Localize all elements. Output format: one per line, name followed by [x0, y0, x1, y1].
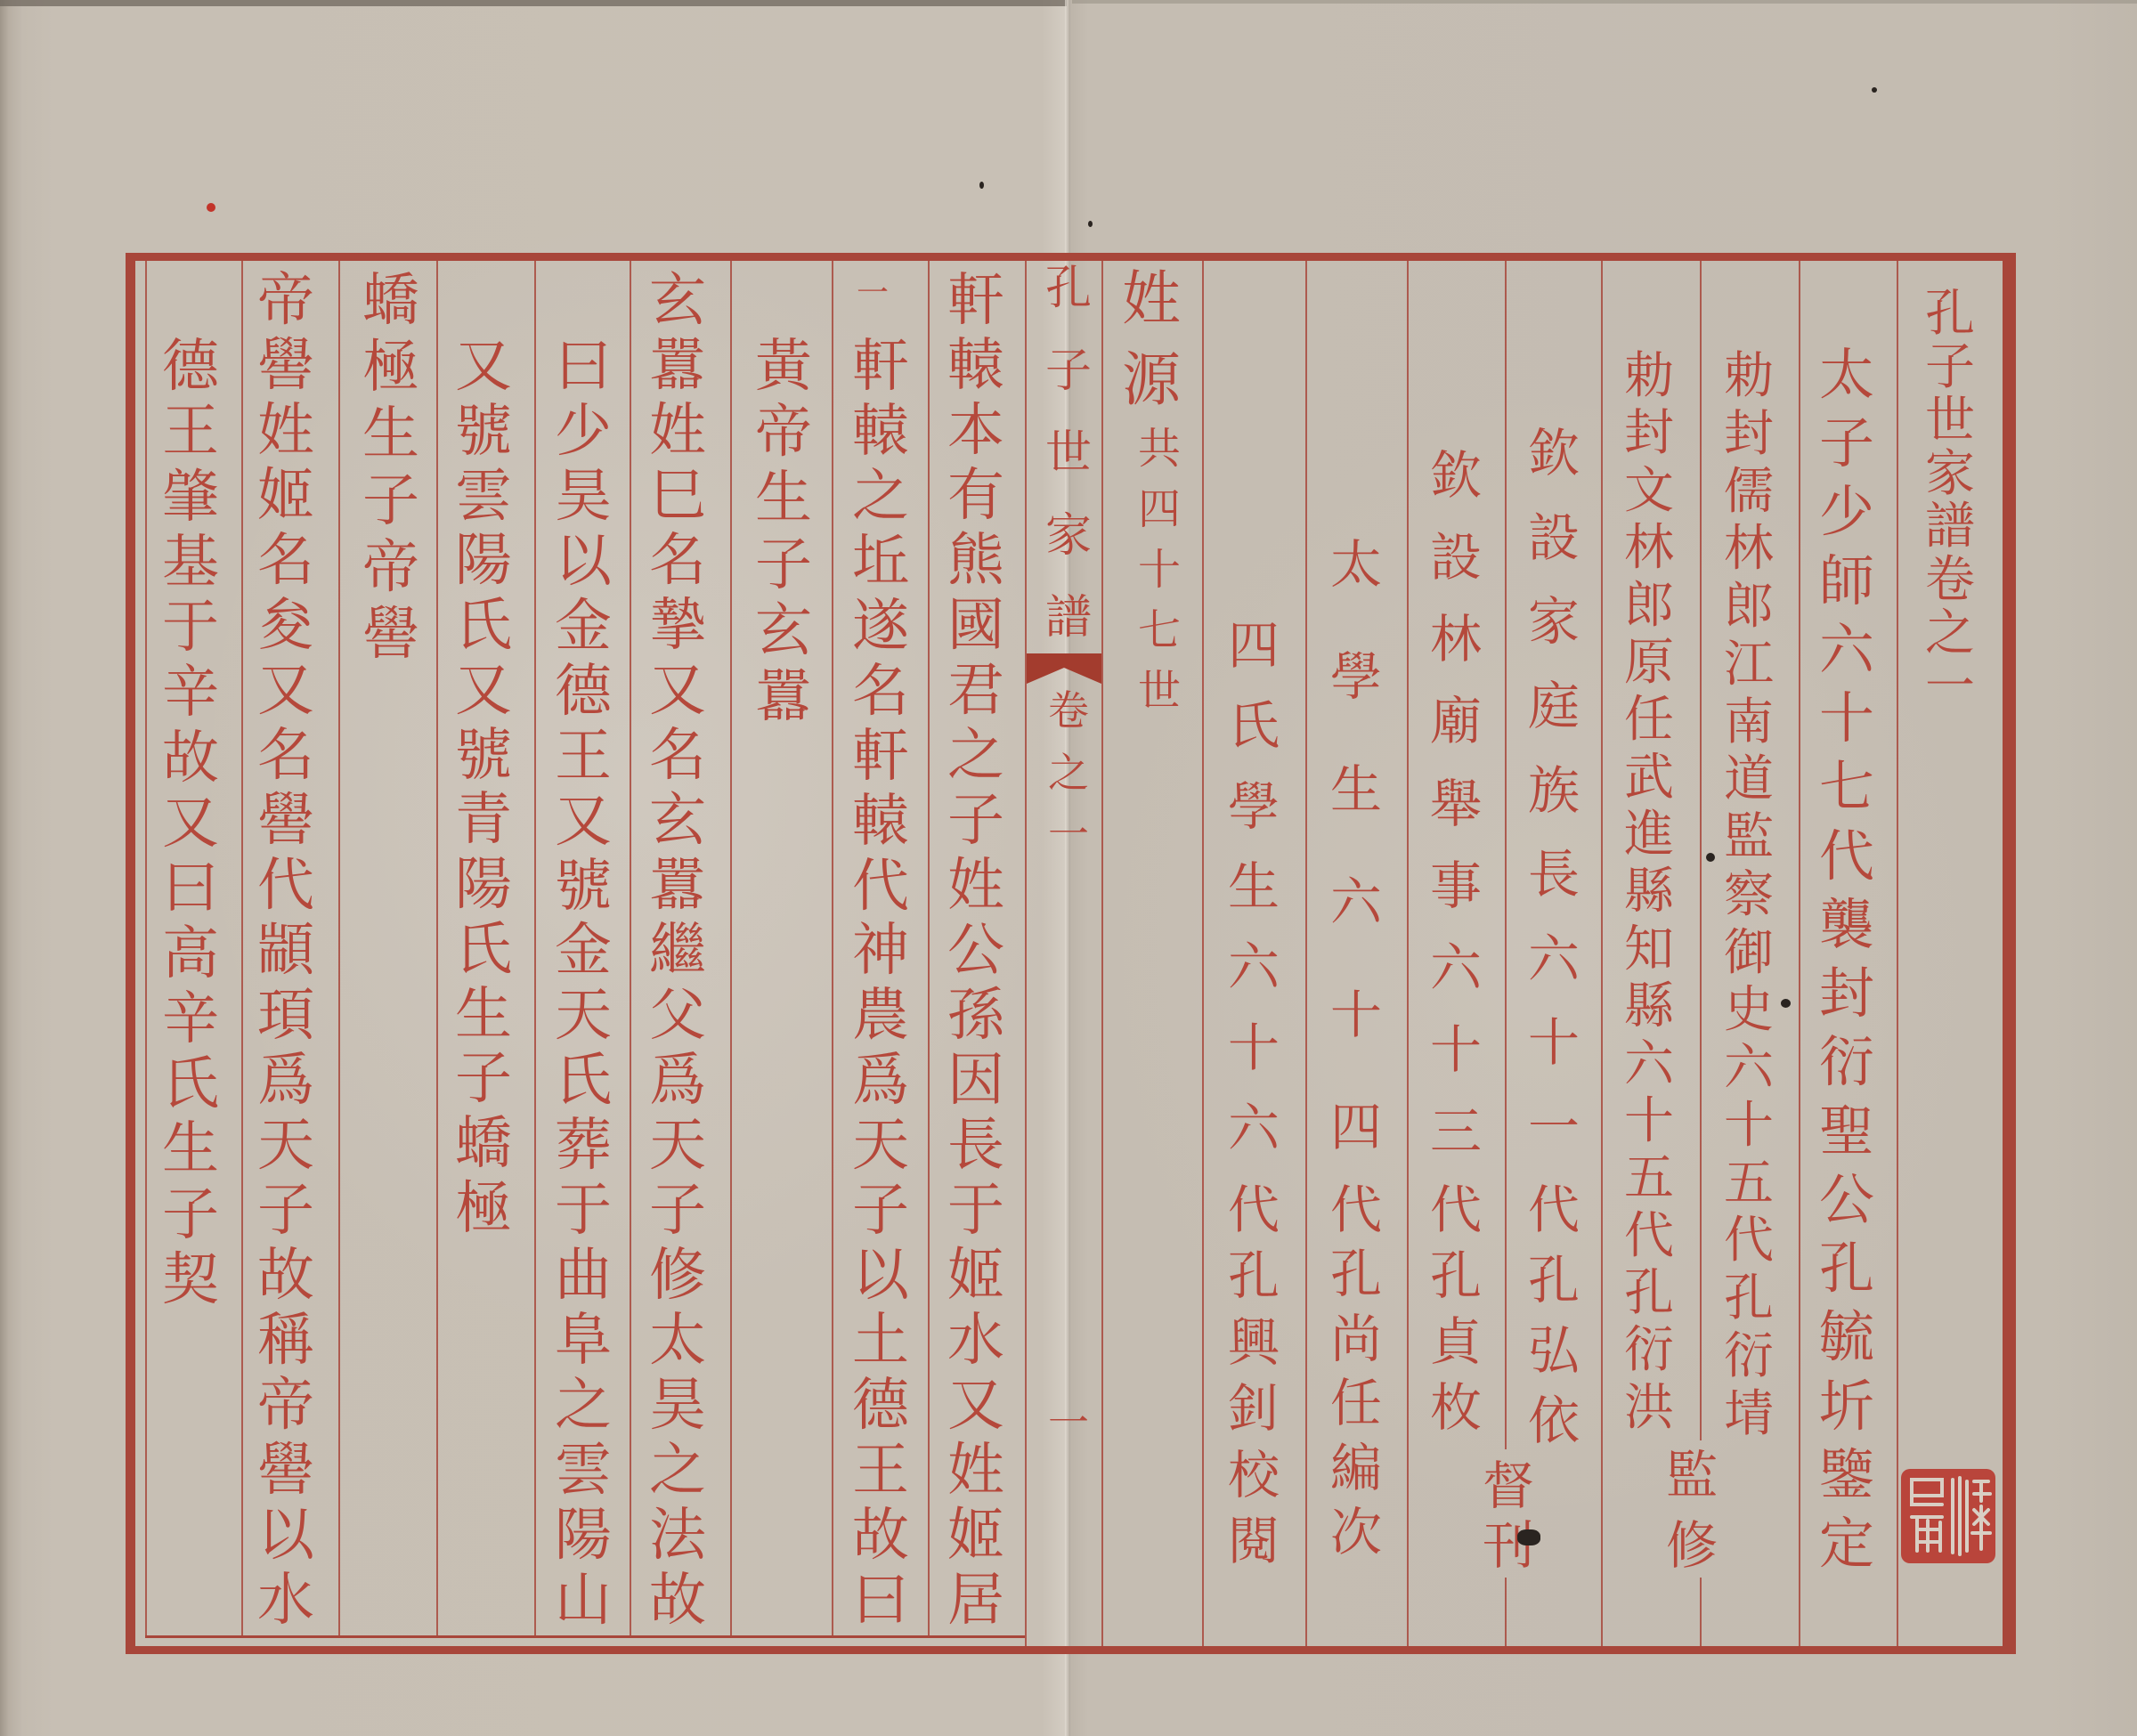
glyph: 六	[1228, 1102, 1280, 1154]
credit-column-compiler-title: 太學生六十四	[1312, 539, 1401, 1153]
glyph: 襲	[1819, 897, 1874, 953]
glyph: 子	[362, 473, 419, 530]
glyph: 爲	[852, 1052, 909, 1109]
glyph: 代	[1624, 1212, 1674, 1261]
glyph: 爲	[649, 1052, 706, 1109]
glyph: 蟜	[455, 1115, 512, 1172]
credit-column-proofreader-title: 四氏學生六十六	[1209, 620, 1298, 1154]
glyph: 四	[1330, 1101, 1382, 1153]
glyph: 阜	[555, 1312, 612, 1369]
glyph: 江	[1724, 640, 1774, 690]
glyph: 三	[1430, 1106, 1482, 1157]
frame-right-border	[2003, 253, 2016, 1654]
glyph: 之	[852, 468, 909, 525]
glyph: 又	[162, 795, 219, 852]
glyph: 故	[852, 1507, 909, 1564]
glyph: 德	[555, 663, 612, 720]
glyph: 故	[649, 1572, 706, 1629]
column-rule	[1700, 1578, 1702, 1646]
glyph: 號	[455, 727, 512, 784]
text-column: 玄囂姓巳名摯又名玄囂繼父爲天子修太昊之法故	[633, 272, 722, 1629]
glyph: 故	[162, 730, 219, 787]
glyph: 神	[852, 922, 909, 979]
glyph: 又	[555, 793, 612, 850]
glyph: 六	[1430, 942, 1482, 994]
glyph: 國	[947, 597, 1004, 654]
glyph: 軒	[852, 728, 909, 785]
column-rule	[928, 261, 930, 1637]
glyph: 雲	[455, 468, 512, 525]
book-spread: 孔子世家譜卷之一 太子少師六十七代襲封衍聖公孔毓圻鑒定 勅封儒林郎江南道監察御史…	[0, 0, 2137, 1736]
column-rule	[1505, 261, 1507, 1449]
glyph: 世	[1045, 430, 1092, 476]
glyph: 玄	[649, 792, 706, 849]
glyph: 修	[1666, 1520, 1718, 1571]
glyph: 之	[555, 1377, 612, 1434]
page-edge-shadow	[1072, 0, 2137, 4]
frame-bottom-inner-line	[145, 1635, 1025, 1638]
glyph: 貞	[1430, 1316, 1482, 1367]
glyph: 一	[1048, 814, 1089, 855]
text-column: 帝嚳姓姬名夋又名嚳代顓頊爲天子故稱帝嚳以水	[241, 272, 330, 1629]
glyph: 家	[1528, 596, 1580, 647]
glyph: 父	[649, 987, 706, 1044]
credit-column-proofreader-name: 代孔興釗校閱	[1209, 1184, 1298, 1567]
glyph: 曰	[555, 338, 612, 395]
glyph: 十	[1228, 1022, 1280, 1074]
credit-column-clan-head-title: 欽設家庭族長六十一	[1509, 427, 1598, 1153]
glyph: 縣	[1624, 867, 1674, 917]
glyph: 熊	[947, 532, 1004, 589]
center-fold-rule-right	[1101, 261, 1103, 1646]
glyph: 六	[1819, 622, 1874, 677]
column-rule	[1799, 261, 1800, 1646]
column-rule	[1700, 261, 1702, 1440]
column-rule	[1407, 261, 1409, 1646]
glyph: 遂	[852, 598, 909, 655]
credit-column-compiler-name: 代孔尚任編次	[1312, 1184, 1401, 1558]
glyph: 轅	[852, 403, 909, 460]
glyph: 子	[257, 1182, 314, 1239]
glyph: 又	[257, 662, 314, 719]
glyph: 原	[1624, 638, 1674, 688]
glyph: 轅	[947, 337, 1004, 394]
glyph: 欽	[1528, 427, 1580, 479]
glyph: 孔	[1430, 1250, 1482, 1302]
glyph: 十	[1528, 1017, 1580, 1068]
glyph: 名	[649, 727, 706, 784]
glyph: 孔	[1724, 1274, 1774, 1324]
glyph: 六	[1724, 1043, 1774, 1093]
glyph: 嚳	[257, 1442, 314, 1499]
glyph: 子	[649, 1182, 706, 1239]
glyph: 源	[1122, 351, 1181, 410]
glyph: 之	[947, 727, 1004, 784]
credit-column-censor: 勅封儒林郎江南道監察御史六十五代孔衍埥	[1704, 352, 1793, 1440]
column-rule	[338, 261, 340, 1637]
text-column: 曰少昊以金德王又號金天氏葬于曲阜之雲陽山	[539, 338, 628, 1629]
glyph: 氏	[1228, 700, 1280, 751]
glyph: 十	[1819, 691, 1874, 746]
column-rule	[1601, 261, 1603, 1646]
column-rule	[1305, 261, 1307, 1646]
glyph: 文	[1624, 466, 1674, 516]
glyph: 代	[1330, 1184, 1382, 1236]
glyph: 姬	[257, 467, 314, 524]
glyph: 師	[1819, 554, 1874, 609]
glyph: 進	[1624, 810, 1674, 860]
glyph: 庭	[1528, 680, 1580, 732]
glyph: 姓	[947, 1442, 1004, 1499]
glyph: 名	[852, 663, 909, 720]
glyph: 公	[947, 922, 1004, 979]
glyph: 家	[1925, 450, 1975, 499]
text-column: 又號雲陽氏又號青陽氏生子蟜極	[439, 338, 528, 1237]
glyph: 枚	[1430, 1382, 1482, 1433]
glyph: 氏	[162, 1056, 219, 1113]
frame-left-border	[126, 253, 135, 1654]
glyph: 郎	[1624, 581, 1674, 631]
glyph: 欽	[1430, 450, 1482, 501]
glyph: 又	[649, 662, 706, 719]
glyph: 水	[947, 1312, 1004, 1369]
glyph: 高	[162, 926, 219, 983]
glyph: 曲	[555, 1247, 612, 1304]
column-rule	[1505, 1578, 1507, 1646]
glyph: 名	[257, 532, 314, 589]
glyph: 尚	[1330, 1313, 1382, 1365]
glyph: 姓	[1122, 270, 1181, 329]
glyph: 勅	[1724, 352, 1774, 402]
column-rule	[534, 261, 536, 1637]
ink-speck	[1517, 1529, 1540, 1545]
glyph: 代	[257, 857, 314, 914]
glyph: 生	[755, 470, 812, 527]
glyph: 太	[649, 1312, 706, 1369]
glyph: 七	[1819, 759, 1874, 815]
center-fold-rule-left	[1025, 261, 1027, 1646]
glyph: 囂	[755, 669, 812, 726]
glyph: 子	[755, 537, 812, 594]
glyph: 子	[852, 1182, 909, 1239]
glyph: 之	[1048, 752, 1089, 793]
glyph: 金	[555, 922, 612, 979]
glyph: 生	[362, 406, 419, 463]
glyph: 太	[1330, 539, 1382, 590]
ink-speck	[979, 182, 984, 189]
glyph: 封	[1724, 410, 1774, 459]
glyph: 農	[852, 987, 909, 1044]
glyph: 縣	[1624, 982, 1674, 1032]
glyph: 舉	[1430, 778, 1482, 830]
glyph: 姓	[257, 402, 314, 459]
glyph: 林	[1430, 613, 1482, 665]
glyph: 天	[649, 1117, 706, 1174]
glyph: 卷	[1925, 556, 1975, 605]
glyph: 代	[1819, 829, 1874, 884]
glyph: 故	[257, 1247, 314, 1304]
glyph: 興	[1228, 1317, 1280, 1368]
glyph: 以	[852, 1247, 909, 1304]
glyph: 譜	[1925, 502, 1975, 552]
role-label-supervised: 監修	[1656, 1449, 1727, 1571]
glyph: 學	[1228, 781, 1280, 832]
glyph: 帝	[755, 404, 812, 461]
column-rule	[630, 261, 631, 1637]
frame-top-border	[126, 253, 2016, 261]
text-column: 德王肇基于辛故又曰高辛氏生子契	[146, 338, 235, 1309]
glyph: 辛	[162, 991, 219, 1048]
glyph: 黃	[755, 338, 812, 395]
glyph: 之	[1925, 609, 1975, 659]
glyph: 王	[555, 728, 612, 785]
glyph: 依	[1528, 1395, 1580, 1447]
glyph: 刊	[1483, 1520, 1534, 1571]
glyph: 設	[1528, 512, 1580, 564]
credit-column-magistrate: 勅封文林郎原任武進縣知縣六十五代孔衍洪	[1605, 352, 1694, 1433]
glyph: 嚳	[257, 337, 314, 394]
glyph: 孔	[1228, 1250, 1280, 1302]
credit-column-reviewer: 太子少師六十七代襲封衍聖公孔毓圻鑒定	[1802, 347, 1891, 1571]
glyph: 督	[1483, 1460, 1534, 1512]
glyph: 四	[1138, 488, 1181, 531]
ink-speck	[207, 203, 215, 212]
glyph: 少	[555, 403, 612, 460]
glyph: 辛	[162, 664, 219, 721]
glyph: 聖	[1819, 1104, 1874, 1159]
section-generation-note: 共四十七世	[1124, 427, 1195, 712]
glyph: 曰	[162, 860, 219, 917]
generation-marker: 一	[853, 278, 892, 310]
section-heading: 姓源	[1107, 270, 1196, 410]
fishtail-mark-icon	[1027, 653, 1101, 685]
glyph: 囂	[649, 337, 706, 394]
glyph: 又	[455, 662, 512, 719]
glyph: 巳	[649, 467, 706, 524]
glyph: 長	[1528, 848, 1580, 900]
seal-stamp-icon	[1899, 1467, 1997, 1565]
glyph: 世	[1138, 669, 1181, 712]
glyph: 德	[852, 1377, 909, 1434]
glyph: 夋	[257, 597, 314, 654]
glyph: 姬	[947, 1247, 1004, 1304]
glyph: 十	[1430, 1024, 1482, 1075]
glyph: 共	[1138, 427, 1181, 470]
glyph: 號	[555, 858, 612, 915]
glyph: 五	[1624, 1154, 1674, 1204]
glyph: 六	[1228, 941, 1280, 993]
center-fold-book-title: 孔子世家譜	[1037, 265, 1100, 641]
glyph: 卷	[1048, 690, 1089, 731]
glyph: 以	[555, 533, 612, 590]
glyph: 極	[455, 1180, 512, 1237]
center-fold-page-number: 一	[1046, 1402, 1091, 1443]
glyph: 姓	[649, 402, 706, 459]
glyph: 埥	[1724, 1390, 1774, 1440]
glyph: 洪	[1624, 1383, 1674, 1433]
glyph: 任	[1624, 695, 1674, 745]
glyph: 孔	[1925, 289, 1975, 339]
center-fold-volume: 卷之一	[1037, 690, 1100, 855]
ink-speck	[1872, 87, 1877, 93]
glyph: 弘	[1528, 1325, 1580, 1376]
glyph: 繼	[649, 922, 706, 979]
glyph: 嚳	[362, 606, 419, 663]
glyph: 察	[1724, 871, 1774, 921]
glyph: 孔	[1819, 1241, 1874, 1296]
text-column: 軒轅本有熊國君之子姓公孫因長于姬水又姓姬居	[931, 272, 1020, 1629]
glyph: 編	[1330, 1442, 1382, 1494]
glyph: 子	[1925, 343, 1975, 393]
glyph: 青	[455, 791, 512, 848]
glyph: 頊	[257, 987, 314, 1044]
glyph: 譜	[1045, 595, 1092, 641]
text-column: 軒轅之坵遂名軒轅代神農爲天子以土德王故曰	[836, 338, 925, 1629]
glyph: 一	[1528, 1101, 1580, 1153]
glyph: 武	[1624, 753, 1674, 803]
credit-column-clan-head-name: 代孔弘依	[1509, 1184, 1598, 1447]
glyph: 姬	[947, 1507, 1004, 1564]
glyph: 五	[1724, 1159, 1774, 1209]
glyph: 生	[1330, 764, 1382, 815]
text-column: 黃帝生子玄囂	[739, 338, 828, 726]
glyph: 子	[947, 792, 1004, 849]
glyph: 定	[1819, 1516, 1874, 1571]
glyph: 氏	[455, 921, 512, 978]
glyph: 陽	[455, 532, 512, 589]
glyph: 子	[1045, 348, 1092, 394]
glyph: 釗	[1228, 1383, 1280, 1434]
glyph: 基	[162, 534, 219, 591]
glyph: 知	[1624, 925, 1674, 975]
glyph: 極	[362, 339, 419, 396]
glyph: 于	[947, 1182, 1004, 1239]
glyph: 昊	[649, 1377, 706, 1434]
glyph: 監	[1666, 1449, 1718, 1501]
ink-speck	[1706, 853, 1715, 862]
glyph: 閱	[1228, 1515, 1280, 1567]
glyph: 號	[455, 403, 512, 460]
glyph: 顓	[257, 922, 314, 979]
glyph: 衍	[1819, 1034, 1874, 1090]
glyph: 代	[1228, 1184, 1280, 1236]
glyph: 十	[1724, 1101, 1774, 1151]
glyph: 六	[1528, 933, 1580, 985]
glyph: 生	[1228, 861, 1280, 913]
glyph: 天	[257, 1117, 314, 1174]
glyph: 封	[1624, 409, 1674, 458]
column-rule	[1897, 261, 1898, 1646]
glyph: 孔	[1528, 1254, 1580, 1306]
credit-column-temple-name: 代孔貞枚	[1411, 1184, 1500, 1433]
glyph: 代	[1528, 1184, 1580, 1236]
glyph: 帝	[362, 539, 419, 596]
glyph: 孔	[1330, 1248, 1382, 1300]
glyph: 代	[1724, 1216, 1774, 1266]
glyph: 生	[162, 1121, 219, 1178]
glyph: 帝	[257, 272, 314, 329]
glyph: 本	[947, 402, 1004, 459]
glyph: 太	[1819, 347, 1874, 402]
glyph: 六	[1330, 876, 1382, 928]
glyph: 君	[947, 662, 1004, 719]
glyph: 陽	[455, 856, 512, 913]
glyph: 長	[947, 1117, 1004, 1174]
glyph: 鑒	[1819, 1448, 1874, 1503]
glyph: 廟	[1430, 695, 1482, 747]
glyph: 法	[649, 1507, 706, 1564]
glyph: 史	[1724, 986, 1774, 1035]
glyph: 儒	[1724, 467, 1774, 517]
glyph: 帝	[257, 1377, 314, 1434]
glyph: 居	[947, 1572, 1004, 1629]
glyph: 族	[1528, 765, 1580, 816]
glyph: 軒	[947, 272, 1004, 329]
glyph: 坵	[852, 533, 909, 590]
frame-bottom-border	[126, 1646, 2016, 1654]
glyph: 土	[852, 1312, 909, 1369]
glyph: 道	[1724, 755, 1774, 805]
glyph: 玄	[649, 272, 706, 329]
glyph: 稱	[257, 1312, 314, 1369]
glyph: 契	[162, 1252, 219, 1309]
glyph: 王	[852, 1442, 909, 1499]
glyph: 公	[1819, 1172, 1874, 1228]
glyph: 名	[649, 532, 706, 589]
role-label-printing: 督刊	[1473, 1460, 1544, 1571]
glyph: 蟜	[362, 272, 419, 329]
glyph: 德	[162, 338, 219, 395]
glyph: 勅	[1624, 352, 1674, 402]
glyph: 子	[1819, 416, 1874, 471]
glyph: 有	[947, 467, 1004, 524]
glyph: 林	[1624, 523, 1674, 573]
glyph: 孔	[1045, 265, 1092, 312]
glyph: 封	[1819, 966, 1874, 1021]
glyph: 肇	[162, 469, 219, 526]
glyph: 摯	[649, 597, 706, 654]
glyph: 圻	[1819, 1379, 1874, 1434]
glyph: 于	[555, 1182, 612, 1239]
glyph: 王	[162, 403, 219, 460]
glyph: 軒	[852, 338, 909, 395]
glyph: 氏	[455, 597, 512, 654]
glyph: 衍	[1624, 1326, 1674, 1375]
glyph: 一	[1925, 662, 1975, 712]
glyph: 十	[1624, 1097, 1674, 1147]
glyph: 轅	[852, 793, 909, 850]
glyph: 玄	[755, 603, 812, 660]
glyph: 事	[1430, 860, 1482, 912]
glyph: 山	[555, 1572, 612, 1629]
glyph: 子	[455, 1051, 512, 1107]
glyph: 六	[1624, 1040, 1674, 1090]
glyph: 于	[162, 599, 219, 656]
glyph: 監	[1724, 813, 1774, 863]
glyph: 以	[257, 1507, 314, 1564]
column-rule	[1202, 261, 1204, 1646]
glyph: 之	[649, 1442, 706, 1499]
glyph: 又	[947, 1377, 1004, 1434]
glyph: 次	[1330, 1506, 1382, 1558]
glyph: 任	[1330, 1377, 1382, 1429]
credit-column-temple-title: 欽設林廟舉事六十三	[1411, 450, 1500, 1157]
text-column: 蟜極生子帝嚳	[346, 272, 435, 663]
glyph: 雲	[555, 1442, 612, 1499]
glyph: 金	[555, 598, 612, 655]
glyph: 姓	[947, 857, 1004, 914]
column-rule	[832, 261, 833, 1637]
